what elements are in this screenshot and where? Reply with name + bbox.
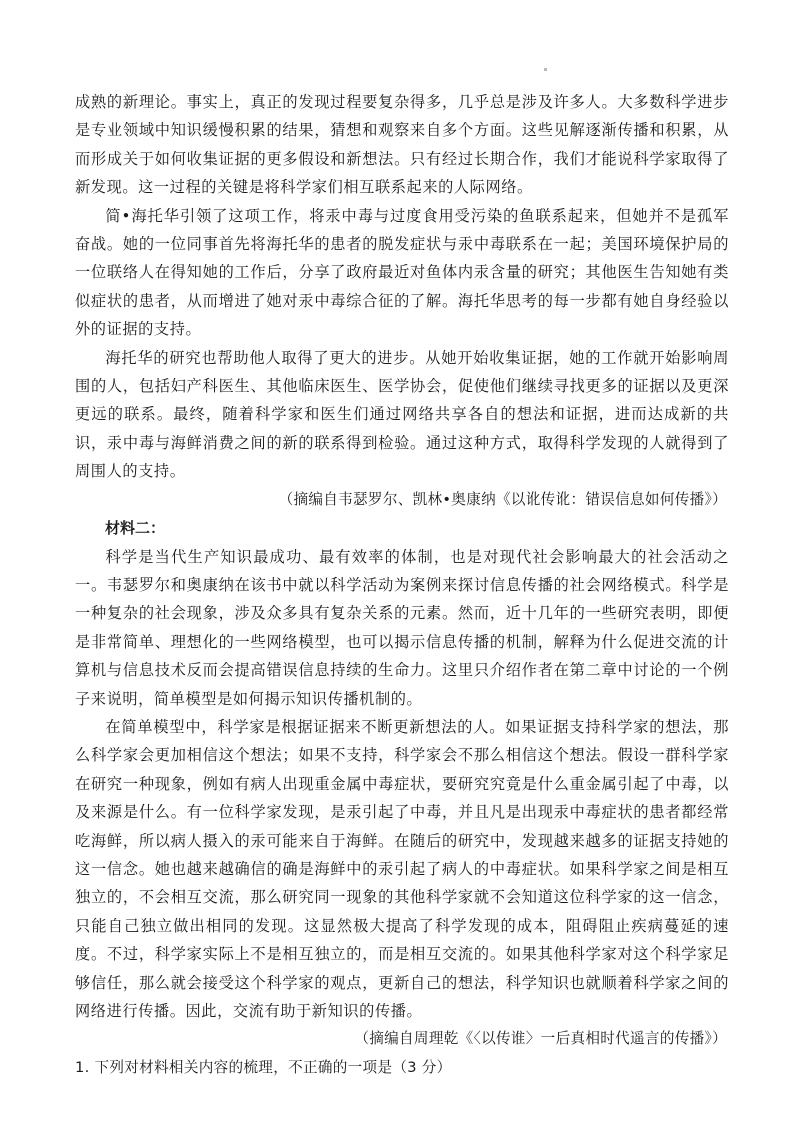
citation-material-one: （摘编自韦瑟罗尔、凯林•奥康纳《以讹传讹：错误信息如何传播》） [75,486,729,514]
paragraph-m2-1: 科学是当代生产知识最成功、最有效率的体制，也是对现代社会影响最大的社会活动之一。… [75,543,729,713]
section-heading-material-two: 材料二： [75,514,729,542]
question-1: 1. 下列对材料相关内容的梳理，不正确的一项是（3 分） [75,1054,729,1082]
paragraph-m1-1: 成熟的新理论。事实上，真正的发现过程要复杂得多，几乎总是涉及许多人。大多数科学进… [75,88,729,202]
scan-artifact-dot [544,68,547,71]
citation-material-two: （摘编自周理乾《〈以传谁〉一后真相时代遥言的传播》） [75,1025,729,1053]
paragraph-m2-2: 在简单模型中，科学家是根据证据来不断更新想法的人。如果证据支持科学家的想法，那么… [75,713,729,1025]
paragraph-m1-2: 简•海托华引领了这项工作，将汞中毒与过度食用受污染的鱼联系起来，但她并不是孤军奋… [75,202,729,344]
paragraph-m1-3: 海托华的研究也帮助他人取得了更大的进步。从她开始收集证据，她的工作就开始影响周围… [75,344,729,486]
document-page: 成熟的新理论。事实上，真正的发现过程要复杂得多，几乎总是涉及许多人。大多数科学进… [75,88,729,1082]
